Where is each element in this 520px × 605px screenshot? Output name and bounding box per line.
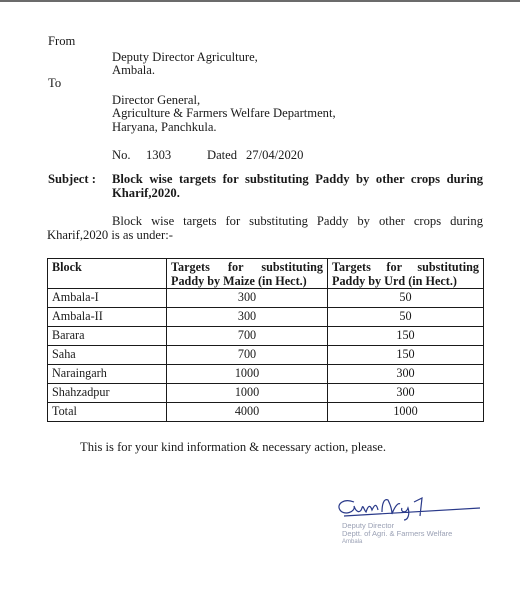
body-text-cont: Kharif,2020 is as under:- bbox=[47, 228, 173, 242]
subject-text: Block wise targets for substituting Padd… bbox=[112, 172, 483, 187]
block-targets-table: Block Targets for substituting Paddy by … bbox=[47, 258, 484, 422]
cell-urd-target: 50 bbox=[328, 308, 484, 327]
cell-maize-target: 4000 bbox=[167, 403, 328, 422]
cell-block: Naraingarh bbox=[48, 365, 167, 384]
cell-block: Total bbox=[48, 403, 167, 422]
table-total-row: Total40001000 bbox=[48, 403, 484, 422]
table-row: Barara700150 bbox=[48, 327, 484, 346]
cell-urd-target: 50 bbox=[328, 289, 484, 308]
cell-urd-target: 300 bbox=[328, 365, 484, 384]
reference-number-label: No. bbox=[112, 148, 131, 162]
table-row: Saha700150 bbox=[48, 346, 484, 365]
to-line: Haryana, Panchkula. bbox=[112, 120, 217, 134]
cell-urd-target: 150 bbox=[328, 327, 484, 346]
to-label: To bbox=[48, 76, 61, 90]
stamp-department: Deptt. of Agri. & Farmers Welfare bbox=[342, 530, 452, 538]
cell-block: Barara bbox=[48, 327, 167, 346]
cell-urd-target: 150 bbox=[328, 346, 484, 365]
subject-label: Subject : bbox=[48, 172, 96, 186]
body-text: Block wise targets for substituting Padd… bbox=[112, 214, 483, 229]
stamp-location: Ambala bbox=[342, 538, 362, 546]
signature-block: Deputy Director Deptt. of Agri. & Farmer… bbox=[330, 494, 500, 544]
table-row: Shahzadpur1000300 bbox=[48, 384, 484, 403]
cell-maize-target: 1000 bbox=[167, 384, 328, 403]
cell-block: Ambala-II bbox=[48, 308, 167, 327]
subject-text-cont: Kharif,2020. bbox=[112, 186, 180, 200]
from-line: Ambala. bbox=[112, 63, 155, 77]
table-row: Naraingarh1000300 bbox=[48, 365, 484, 384]
reference-number: 1303 bbox=[146, 148, 171, 162]
cell-maize-target: 700 bbox=[167, 327, 328, 346]
table-row: Ambala-I30050 bbox=[48, 289, 484, 308]
cell-block: Saha bbox=[48, 346, 167, 365]
to-line: Director General, bbox=[112, 93, 200, 107]
cell-urd-target: 1000 bbox=[328, 403, 484, 422]
letter-date: 27/04/2020 bbox=[246, 148, 303, 162]
closing-text: This is for your kind information & nece… bbox=[80, 440, 386, 454]
to-line: Agriculture & Farmers Welfare Department… bbox=[112, 106, 336, 120]
cell-maize-target: 700 bbox=[167, 346, 328, 365]
cell-maize-target: 1000 bbox=[167, 365, 328, 384]
table-body: Ambala-I30050Ambala-II30050Barara700150S… bbox=[48, 289, 484, 422]
table-header-row: Block Targets for substituting Paddy by … bbox=[48, 259, 484, 289]
cell-maize-target: 300 bbox=[167, 289, 328, 308]
from-line: Deputy Director Agriculture, bbox=[112, 50, 258, 64]
viewer-top-border bbox=[0, 0, 520, 2]
from-label: From bbox=[48, 34, 75, 48]
dated-label: Dated bbox=[207, 148, 237, 162]
cell-block: Shahzadpur bbox=[48, 384, 167, 403]
header-maize-target: Targets for substituting Paddy by Maize … bbox=[167, 259, 328, 289]
header-block: Block bbox=[48, 259, 167, 289]
cell-maize-target: 300 bbox=[167, 308, 328, 327]
header-urd-target: Targets for substituting Paddy by Urd (i… bbox=[328, 259, 484, 289]
cell-urd-target: 300 bbox=[328, 384, 484, 403]
table-row: Ambala-II30050 bbox=[48, 308, 484, 327]
signature-icon bbox=[330, 494, 500, 524]
cell-block: Ambala-I bbox=[48, 289, 167, 308]
